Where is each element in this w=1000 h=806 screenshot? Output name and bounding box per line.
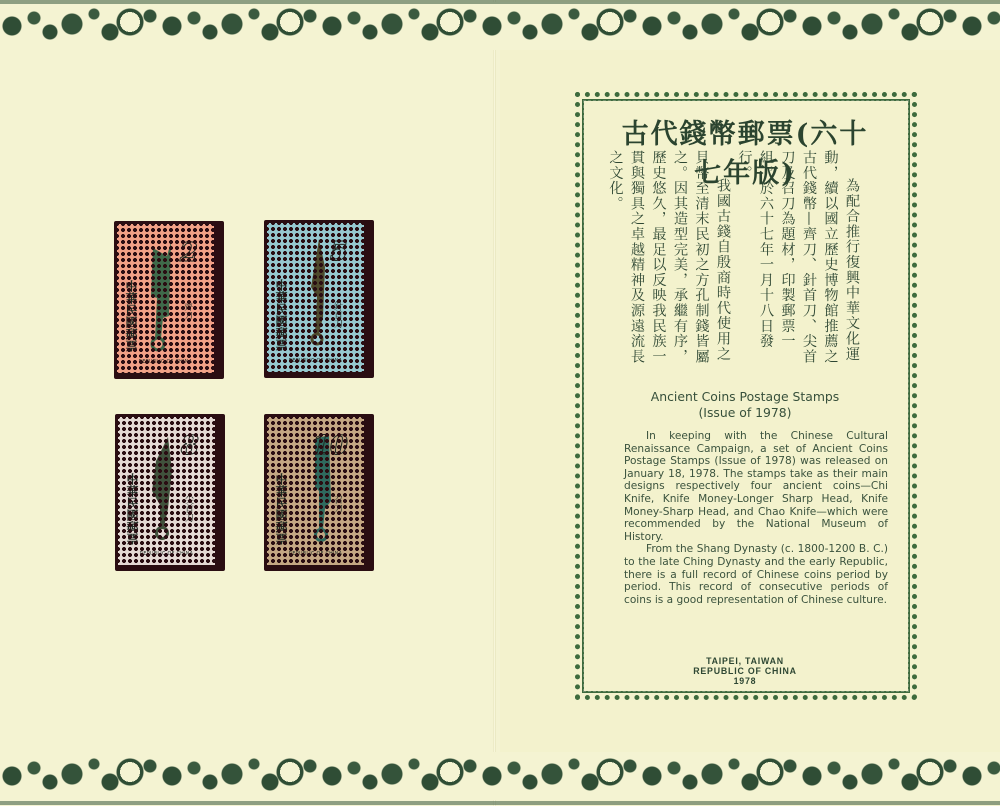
top-decorative-border bbox=[0, 2, 1000, 50]
country-name-cn: 中華民國郵票 bbox=[125, 280, 139, 352]
english-title: Ancient Coins Postage Stamps (Issue of 1… bbox=[600, 389, 890, 421]
left-page bbox=[0, 0, 500, 806]
top-border-edge bbox=[0, 0, 1000, 4]
english-paragraph-1: In keeping with the Chinese Cultural Ren… bbox=[624, 430, 888, 543]
stamp-mount-10: 10 中華民國郵票 召刀 REPUBLIC OF CHINA bbox=[264, 414, 374, 571]
english-description: In keeping with the Chinese Cultural Ren… bbox=[624, 430, 888, 606]
imprint-footer: TAIPEI, TAIWAN REPUBLIC OF CHINA 1978 bbox=[600, 656, 890, 686]
chinese-description: 為配合推行復興中華文化運動，續以國立歷史博物館推薦之古代錢幣—齊刀、針首刀、尖首… bbox=[632, 150, 862, 365]
country-name-en: REPUBLIC OF CHINA bbox=[267, 359, 364, 364]
country-name-en: REPUBLIC OF CHINA bbox=[267, 552, 364, 557]
country-name-cn: 中華民國郵票 bbox=[126, 473, 140, 545]
center-fold bbox=[493, 0, 496, 806]
english-title-line-2: (Issue of 1978) bbox=[600, 405, 890, 421]
denomination: 10 bbox=[312, 431, 348, 461]
denomination: 2 bbox=[180, 238, 198, 268]
stamp-mount-2: 2 中華民國郵票 齊刀 REPUBLIC OF CHINA bbox=[114, 221, 224, 379]
footer-country: REPUBLIC OF CHINA bbox=[600, 666, 890, 676]
bottom-border-edge bbox=[0, 801, 1000, 805]
english-paragraph-2: From the Shang Dynasty (c. 1800-1200 B. … bbox=[624, 543, 888, 606]
stamp-mount-8: 8 中華民國郵票 尖首刀 REPUBLIC OF CHINA bbox=[115, 414, 225, 571]
denomination: 8 bbox=[181, 431, 199, 461]
country-name-en: REPUBLIC OF CHINA bbox=[118, 552, 215, 557]
chinese-paragraph-2: 我國古錢自殷商時代使用之貝幣至清末民初之方孔制錢皆屬之。因其造型完美，承繼有序，… bbox=[604, 150, 733, 365]
country-name-en: REPUBLIC OF CHINA bbox=[117, 360, 214, 365]
country-name-cn: 中華民國郵票 bbox=[275, 279, 289, 351]
bottom-decorative-border bbox=[0, 752, 1000, 800]
country-name-cn: 中華民國郵票 bbox=[275, 473, 289, 545]
coin-name-cn: 針首刀 bbox=[330, 301, 344, 328]
stamp-chao-knife: 10 中華民國郵票 召刀 REPUBLIC OF CHINA bbox=[267, 417, 364, 565]
stamp-sharp-head: 8 中華民國郵票 尖首刀 REPUBLIC OF CHINA bbox=[118, 417, 215, 565]
english-title-line-1: Ancient Coins Postage Stamps bbox=[600, 389, 890, 405]
stamp-mount-5: 5 中華民國郵票 針首刀 REPUBLIC OF CHINA bbox=[264, 220, 374, 378]
footer-year: 1978 bbox=[600, 676, 890, 686]
coin-name-cn: 齊刀 bbox=[180, 302, 194, 320]
denomination: 5 bbox=[330, 237, 348, 267]
footer-city: TAIPEI, TAIWAN bbox=[600, 656, 890, 666]
stamp-chi-knife: 2 中華民國郵票 齊刀 REPUBLIC OF CHINA bbox=[117, 224, 214, 373]
stamp-longer-sharp-head: 5 中華民國郵票 針首刀 REPUBLIC OF CHINA bbox=[267, 223, 364, 372]
chinese-paragraph-1: 為配合推行復興中華文化運動，續以國立歷史博物館推薦之古代錢幣—齊刀、針首刀、尖首… bbox=[733, 150, 862, 365]
coin-name-cn: 召刀 bbox=[330, 495, 344, 513]
coin-name-cn: 尖首刀 bbox=[181, 495, 195, 522]
